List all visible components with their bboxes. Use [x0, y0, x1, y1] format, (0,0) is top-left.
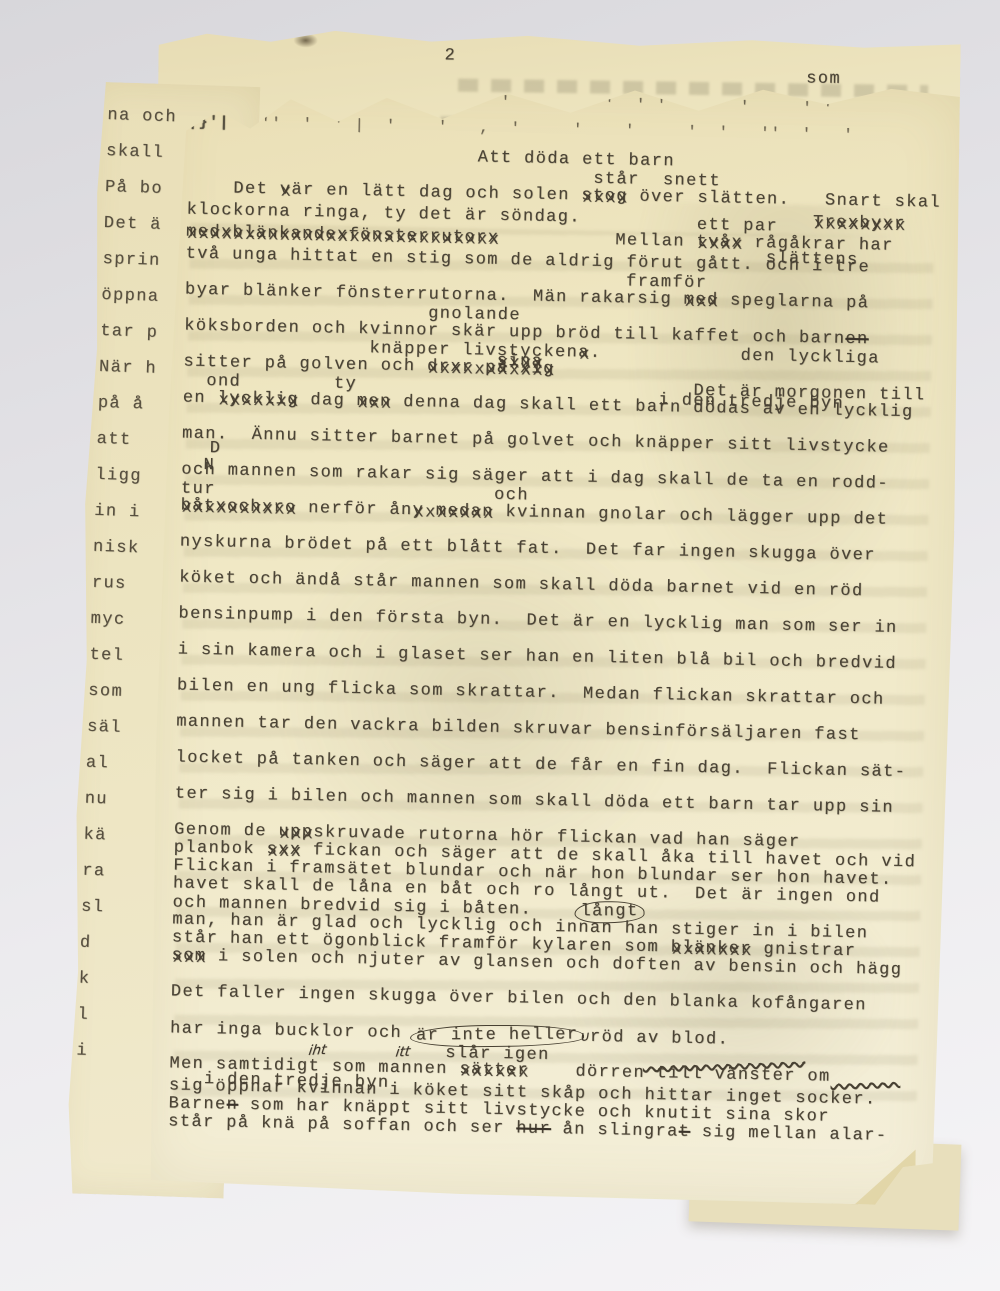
typed-strikethrough: v — [280, 180, 292, 200]
pen-strikethrough: hur — [516, 1119, 551, 1140]
text-segment: speglarna på — [718, 291, 869, 313]
typed-strikethrough: båtxochxro — [180, 497, 296, 519]
stray-character: N — [203, 456, 215, 475]
typed-strikethrough: lycklig — [217, 389, 299, 411]
text-segment: nerför ån — [296, 499, 412, 520]
typed-strikethrough: y medan — [412, 501, 494, 523]
typed-strikethrough: Trexbyxr — [813, 213, 906, 235]
photo-background: 2 som na och skall På bo Det ä sprin öpp… — [0, 0, 1000, 1291]
ink-bleed-smudge — [458, 79, 928, 99]
typed-strikethrough: som — [171, 946, 206, 967]
text-segment: en — [183, 389, 218, 409]
text-segment: sig mellan alar- — [690, 1123, 888, 1146]
handwriting-squiggle — [830, 1067, 900, 1089]
manuscript-sheet: ' , ' ' '' ' ' ' ' ' ' ' ' '¦}'| ' '' ' … — [141, 72, 963, 1206]
pen-check-mark: v — [75, 689, 85, 705]
typed-strikethrough: men — [357, 392, 392, 413]
pen-strikethrough: t — [678, 1123, 690, 1143]
pen-strikethrough: en — [845, 330, 869, 350]
text-segment: dag — [299, 391, 357, 411]
typed-strikethrough: sätter — [459, 1060, 529, 1081]
text-segment: Det — [187, 179, 280, 200]
page-number: 2 — [444, 46, 456, 65]
paper-tear-mark — [289, 30, 323, 50]
typed-strikethrough: stog — [581, 187, 628, 208]
typed-strikethrough: med — [683, 291, 718, 312]
corner-word: som — [806, 69, 841, 88]
text-segment: ån slingra — [551, 1120, 679, 1142]
text-segment: Barne — [168, 1094, 226, 1114]
typed-lines: ' , ' ' '' ' ' ' ' ' ' ' ' '¦}'| ' '' ' … — [168, 87, 961, 1146]
